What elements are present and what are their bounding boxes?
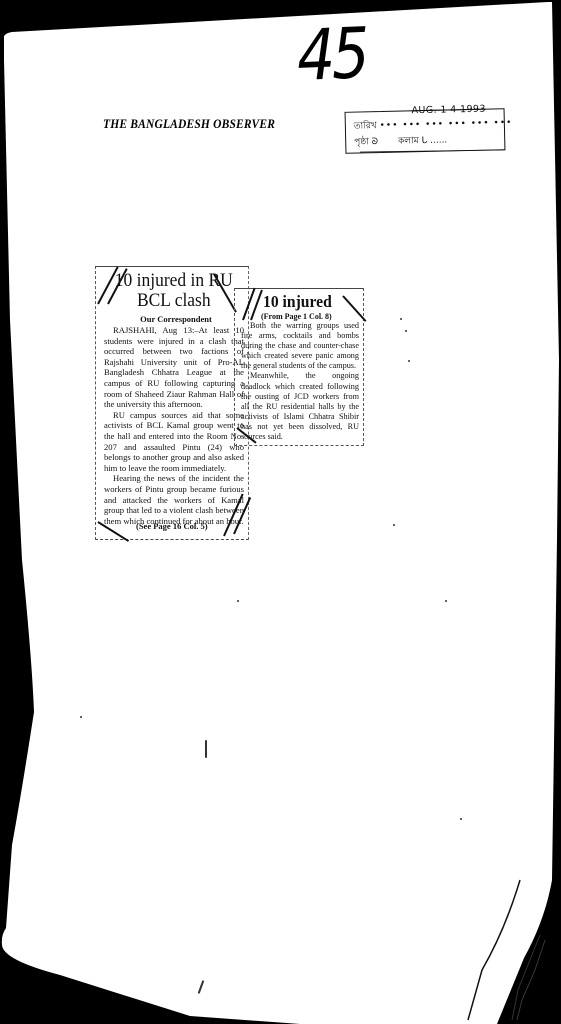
scan-speck <box>445 600 447 602</box>
stamp-page-column-row: পৃষ্ঠা ᘐ কলাম ᒐ ...... <box>354 132 447 149</box>
clipping-body: Both the warring groups used fire arms, … <box>241 321 359 442</box>
clipping-headline: 10 injured in RU BCL clash <box>114 271 234 311</box>
clipping-paragraph: RAJSHAHI, Aug 13:–At least 10 students w… <box>104 325 244 410</box>
scan-speck <box>80 716 82 718</box>
stamp-date-label: তারিখ <box>354 121 377 132</box>
clipping-headline: 10 injured <box>263 293 355 311</box>
stamp-page-label: পৃষ্ঠা <box>354 137 369 147</box>
scan-speck <box>205 740 207 758</box>
handwritten-page-number: 45 <box>296 13 383 96</box>
clipping-paragraph: Both the warring groups used fire arms, … <box>241 321 359 371</box>
stamp-date: AUG. 1 4 1993 <box>411 104 486 117</box>
scan-speck <box>393 524 395 526</box>
news-clipping-continuation: 10 injured (From Page 1 Col. 8) Both the… <box>234 288 364 446</box>
scanned-page-shape <box>0 0 561 1024</box>
clipping-jump-line: (From Page 1 Col. 8) <box>261 312 332 321</box>
stamp-column-label: কলাম <box>398 136 419 146</box>
newspaper-masthead: THE BANGLADESH OBSERVER <box>103 117 269 132</box>
scan-speck <box>237 600 239 602</box>
clipping-byline: Our Correspondent <box>116 314 236 324</box>
clipping-paragraph: Hearing the news of the incident the wor… <box>104 473 244 526</box>
scan-speck <box>405 330 407 332</box>
scan-speck <box>408 360 410 362</box>
scan-speck <box>460 818 462 820</box>
news-clipping-main: 10 injured in RU BCL clash Our Correspon… <box>95 266 249 540</box>
clipping-body: RAJSHAHI, Aug 13:–At least 10 students w… <box>104 325 244 526</box>
stamp-page-value: ᘐ <box>372 137 379 147</box>
stamp-date-row: তারিখ ••• ••• ••• ••• ••• ••• <box>354 115 513 134</box>
archive-date-stamp: AUG. 1 4 1993 তারিখ ••• ••• ••• ••• ••• … <box>345 108 506 154</box>
clipping-paragraph: RU campus sources aid that some activist… <box>104 410 244 474</box>
scan-speck <box>400 318 402 320</box>
stamp-column-value: ᒐ ...... <box>421 135 447 146</box>
clipping-continued-note: (See Page 16 Col. 5) <box>136 521 208 531</box>
stamp-date-placeholder: ••• ••• ••• ••• ••• ••• <box>379 118 512 131</box>
clipping-paragraph: Meanwhile, the ongoing deadlock which cr… <box>241 371 359 442</box>
